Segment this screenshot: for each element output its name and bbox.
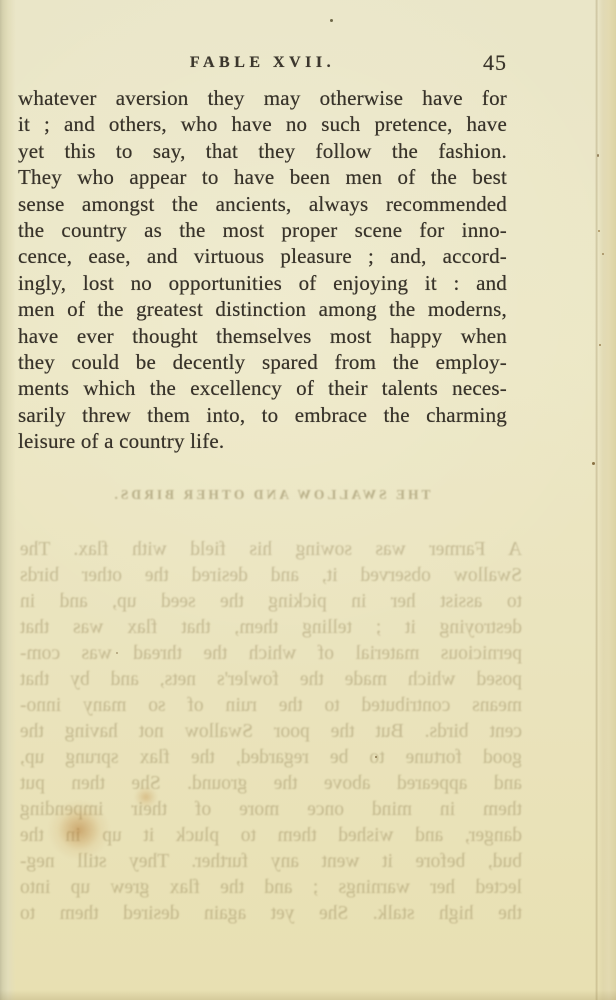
ink-speck xyxy=(602,253,604,255)
body-text-line: have ever thought themselves most happy … xyxy=(18,323,507,349)
bleedthrough-heading: THE SWALLOW AND OTHER BIRDS. xyxy=(20,486,522,504)
bleedthrough-line: and appeared above the ground. She then … xyxy=(20,771,522,797)
foxing-stain xyxy=(48,800,110,860)
bleedthrough-line: Swallow observed it, and desired the oth… xyxy=(20,563,522,589)
verso-bleedthrough: THE SWALLOW AND OTHER BIRDS. A Farmer wa… xyxy=(20,486,522,927)
ink-speck xyxy=(599,344,601,346)
ink-speck xyxy=(592,462,595,465)
body-text-line: sense amongst the ancients, always recom… xyxy=(18,191,507,217)
page-bottom-shadow xyxy=(0,990,616,1000)
foxing-stain xyxy=(134,786,158,808)
body-text-line: ments which the excellency of their tale… xyxy=(18,375,507,401)
bleedthrough-line: the high stalk. She yet again desired th… xyxy=(20,901,522,927)
bleedthrough-line: good fortune to be regarded, the flax sp… xyxy=(20,745,522,771)
body-text-line: leisure of a country life. xyxy=(18,428,507,454)
bleedthrough-line: to assist her in picking the seed up, an… xyxy=(20,589,522,615)
ink-speck xyxy=(375,756,377,758)
ink-speck xyxy=(330,19,333,22)
page-left-edge xyxy=(0,0,16,1000)
bleedthrough-line: A Farmer was sowing his field with flax.… xyxy=(20,537,522,563)
running-header: FABLE XVII. 45 xyxy=(18,51,507,77)
ink-speck xyxy=(598,230,600,232)
body-text-line: whatever aversion they may otherwise hav… xyxy=(18,85,507,111)
book-page: THE SWALLOW AND OTHER BIRDS. A Farmer wa… xyxy=(0,0,616,1000)
body-text-line: men of the greatest distinction among th… xyxy=(18,296,507,322)
page-right-edge xyxy=(597,0,616,1000)
bleedthrough-line: means contributed to the ruin of so many… xyxy=(20,693,522,719)
body-text-line: the country as the most proper scene for… xyxy=(18,217,507,243)
body-text-line: They who appear to have been men of the … xyxy=(18,164,507,190)
bleedthrough-line: lected her warnings ; and the flax grew … xyxy=(20,875,522,901)
ink-speck xyxy=(116,652,118,654)
running-header-title: FABLE XVII. xyxy=(18,54,507,72)
ink-speck xyxy=(597,154,599,157)
body-text-line: ingly, lost no opportunities of enjoying… xyxy=(18,270,507,296)
body-text-line: it ; and others, who have no such preten… xyxy=(18,111,507,137)
page-crease xyxy=(595,0,598,1000)
bleedthrough-line: cent birds. But the poor Swallow not hav… xyxy=(20,719,522,745)
body-text-line: sarily threw them into, to embrace the c… xyxy=(18,402,507,428)
bleedthrough-line: posed which made the fowler's nets, and … xyxy=(20,667,522,693)
body-text: whatever aversion they may otherwise hav… xyxy=(18,85,507,454)
body-text-line: yet this to say, that they follow the fa… xyxy=(18,138,507,164)
body-text-line: they could be decently spared from the e… xyxy=(18,349,507,375)
page-number: 45 xyxy=(483,50,507,76)
bleedthrough-line: destroying it ; telling them, that flax … xyxy=(20,615,522,641)
bleedthrough-line: pernicious material of which the thread … xyxy=(20,641,522,667)
body-text-line: cence, ease, and virtuous pleasure ; and… xyxy=(18,243,507,269)
